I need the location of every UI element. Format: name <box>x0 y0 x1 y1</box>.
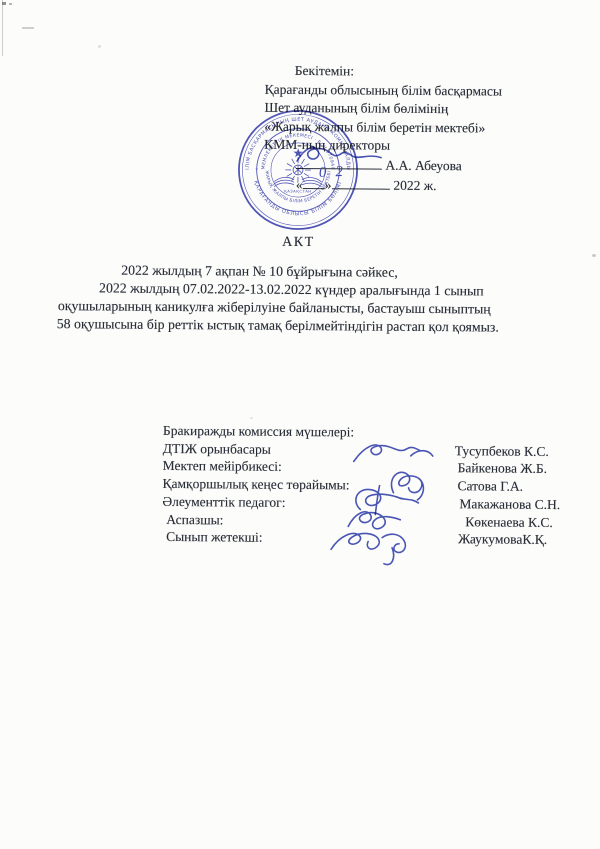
approval-heading: Бекітемін: <box>265 62 585 83</box>
member-name: Сатова Г.А. <box>454 477 523 495</box>
document-content: Бекітемін: Қарағанды облысының білім бас… <box>0 0 600 849</box>
approval-org-line: Қарағанды облысының білім басқармасы <box>265 80 585 101</box>
member-name: Тусупбеков К.С. <box>455 442 549 460</box>
stamp-star-separator: * <box>255 168 258 174</box>
emblem-country-label: ҚАЗАҚСТАН <box>284 190 312 194</box>
member-signature-5 <box>326 521 422 570</box>
stamp-outer-bottom-text: ҚАРАҒАНДЫ ОБЛЫСЫ БІЛІМ БӨЛІМІ <box>252 180 344 218</box>
member-name: Байкенова Ж.Б. <box>455 460 547 478</box>
handwritten-date: 02 <box>319 164 353 182</box>
body-paragraph: 2022 жылдың 7 ақпан № 10 бұйрығына сәйке… <box>57 261 568 337</box>
member-name: ЖаукумоваК.Қ. <box>458 530 547 548</box>
document-title: АКТ <box>0 233 596 254</box>
body-line: 58 оқушысына бір реттік ыстық тамақ бері… <box>57 315 567 337</box>
member-signature-1 <box>349 437 437 468</box>
scanned-document-page: Бекітемін: Қарағанды облысының білім бас… <box>0 0 600 849</box>
director-name: А.А. Абеуова <box>385 158 462 174</box>
member-name: Макажанова С.Н. <box>454 495 560 514</box>
member-name: Көкенаева К.С. <box>458 513 553 531</box>
year-label: 2022 ж. <box>393 177 436 192</box>
emblem-left-wing <box>273 177 294 186</box>
